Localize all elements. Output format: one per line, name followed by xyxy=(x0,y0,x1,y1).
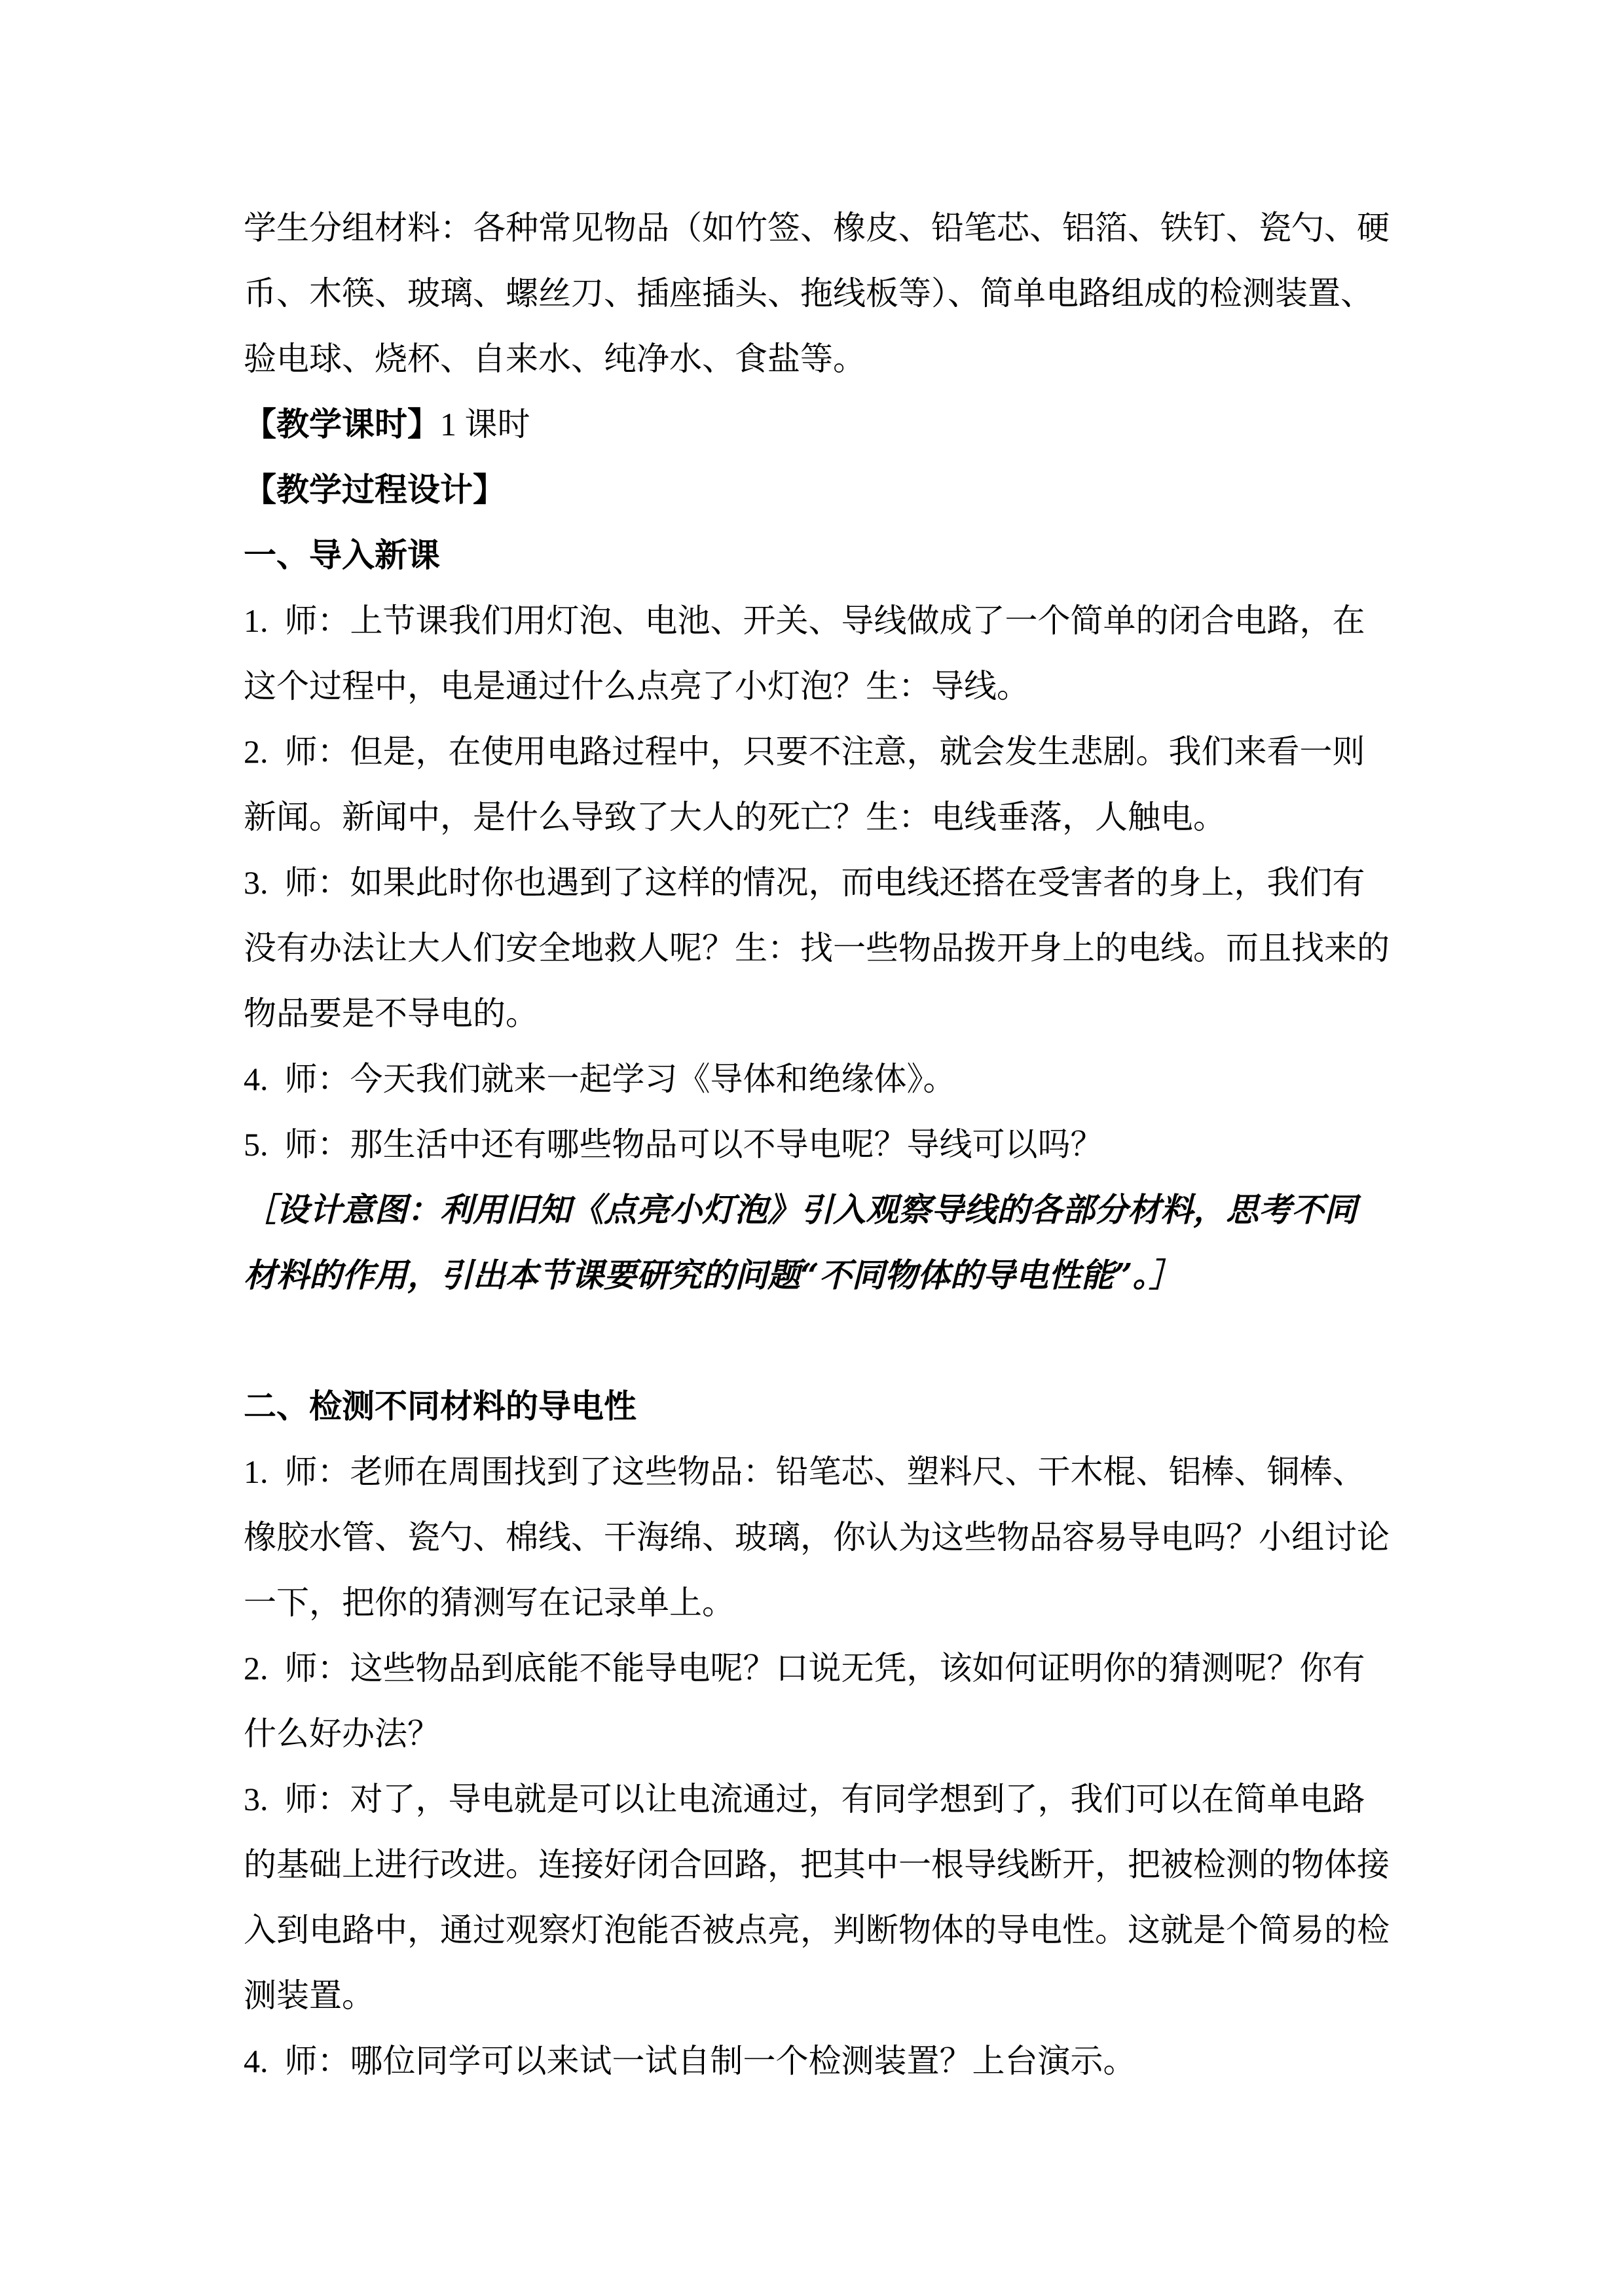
doc-line: 的基础上进行改进。连接好闭合回路，把其中一根导线断开，把被检测的物体接 xyxy=(244,1832,1386,1897)
doc-line: 4. 师：今天我们就来一起学习《导体和绝缘体》。 xyxy=(244,1046,1386,1112)
section-1-heading: 一、导入新课 xyxy=(244,522,1386,588)
doc-line: 5. 师：那生活中还有哪些物品可以不导电呢？导线可以吗？ xyxy=(244,1112,1386,1177)
class-hours-value: 1 课时 xyxy=(440,406,530,443)
process-design-heading: 【教学过程设计】 xyxy=(244,457,1386,522)
doc-line: 2. 师：这些物品到底能不能导电呢？口说无凭，该如何证明你的猜测呢？你有 xyxy=(244,1635,1386,1701)
materials-line: 币、木筷、玻璃、螺丝刀、插座插头、拖线板等）、简单电路组成的检测装置、 xyxy=(244,261,1386,326)
doc-line: 入到电路中，通过观察灯泡能否被点亮，判断物体的导电性。这就是个简易的检 xyxy=(244,1897,1386,1963)
doc-line: 这个过程中，电是通过什么点亮了小灯泡？生：导线。 xyxy=(244,653,1386,719)
doc-line: 新闻。新闻中，是什么导致了大人的死亡？生：电线垂落，人触电。 xyxy=(244,784,1386,850)
document-body: 学生分组材料：各种常见物品（如竹签、橡皮、铅笔芯、铝箔、铁钉、瓷勺、硬 币、木筷… xyxy=(244,195,1386,2094)
doc-line: 物品要是不导电的。 xyxy=(244,981,1386,1046)
section-2-heading: 二、检测不同材料的导电性 xyxy=(244,1374,1386,1439)
doc-line: 什么好办法？ xyxy=(244,1701,1386,1766)
materials-line: 验电球、烧杯、自来水、纯净水、食盐等。 xyxy=(244,326,1386,392)
doc-line: 测装置。 xyxy=(244,1963,1386,2028)
doc-line: 没有办法让大人们安全地救人呢？生：找一些物品拨开身上的电线。而且找来的 xyxy=(244,915,1386,981)
doc-line: 3. 师：如果此时你也遇到了这样的情况，而电线还搭在受害者的身上，我们有 xyxy=(244,850,1386,915)
doc-line: 2. 师：但是，在使用电路过程中，只要不注意，就会发生悲剧。我们来看一则 xyxy=(244,719,1386,784)
doc-line: 橡胶水管、瓷勺、棉线、干海绵、玻璃，你认为这些物品容易导电吗？小组讨论 xyxy=(244,1504,1386,1570)
materials-line: 学生分组材料：各种常见物品（如竹签、橡皮、铅笔芯、铝箔、铁钉、瓷勺、硬 xyxy=(244,195,1386,261)
doc-line: 1. 师：上节课我们用灯泡、电池、开关、导线做成了一个简单的闭合电路，在 xyxy=(244,588,1386,653)
design-intent-line: ［设计意图：利用旧知《点亮小灯泡》引入观察导线的各部分材料，思考不同 xyxy=(244,1177,1386,1243)
doc-line: 3. 师：对了，导电就是可以让电流通过，有同学想到了，我们可以在简单电路 xyxy=(244,1766,1386,1832)
design-intent-line: 材料的作用，引出本节课要研究的问题“不同物体的导电性能”。］ xyxy=(244,1243,1386,1308)
doc-line: 一下，把你的猜测写在记录单上。 xyxy=(244,1570,1386,1635)
doc-line: 4. 师：哪位同学可以来试一试自制一个检测装置？上台演示。 xyxy=(244,2028,1386,2094)
class-hours-line: 【教学课时】1 课时 xyxy=(244,392,1386,457)
blank-line xyxy=(244,1308,1386,1374)
doc-line: 1. 师：老师在周围找到了这些物品：铅笔芯、塑料尺、干木棍、铝棒、铜棒、 xyxy=(244,1439,1386,1504)
document-page: 学生分组材料：各种常见物品（如竹签、橡皮、铅笔芯、铝箔、铁钉、瓷勺、硬 币、木筷… xyxy=(0,0,1624,2296)
class-hours-label: 【教学课时】 xyxy=(244,406,440,443)
